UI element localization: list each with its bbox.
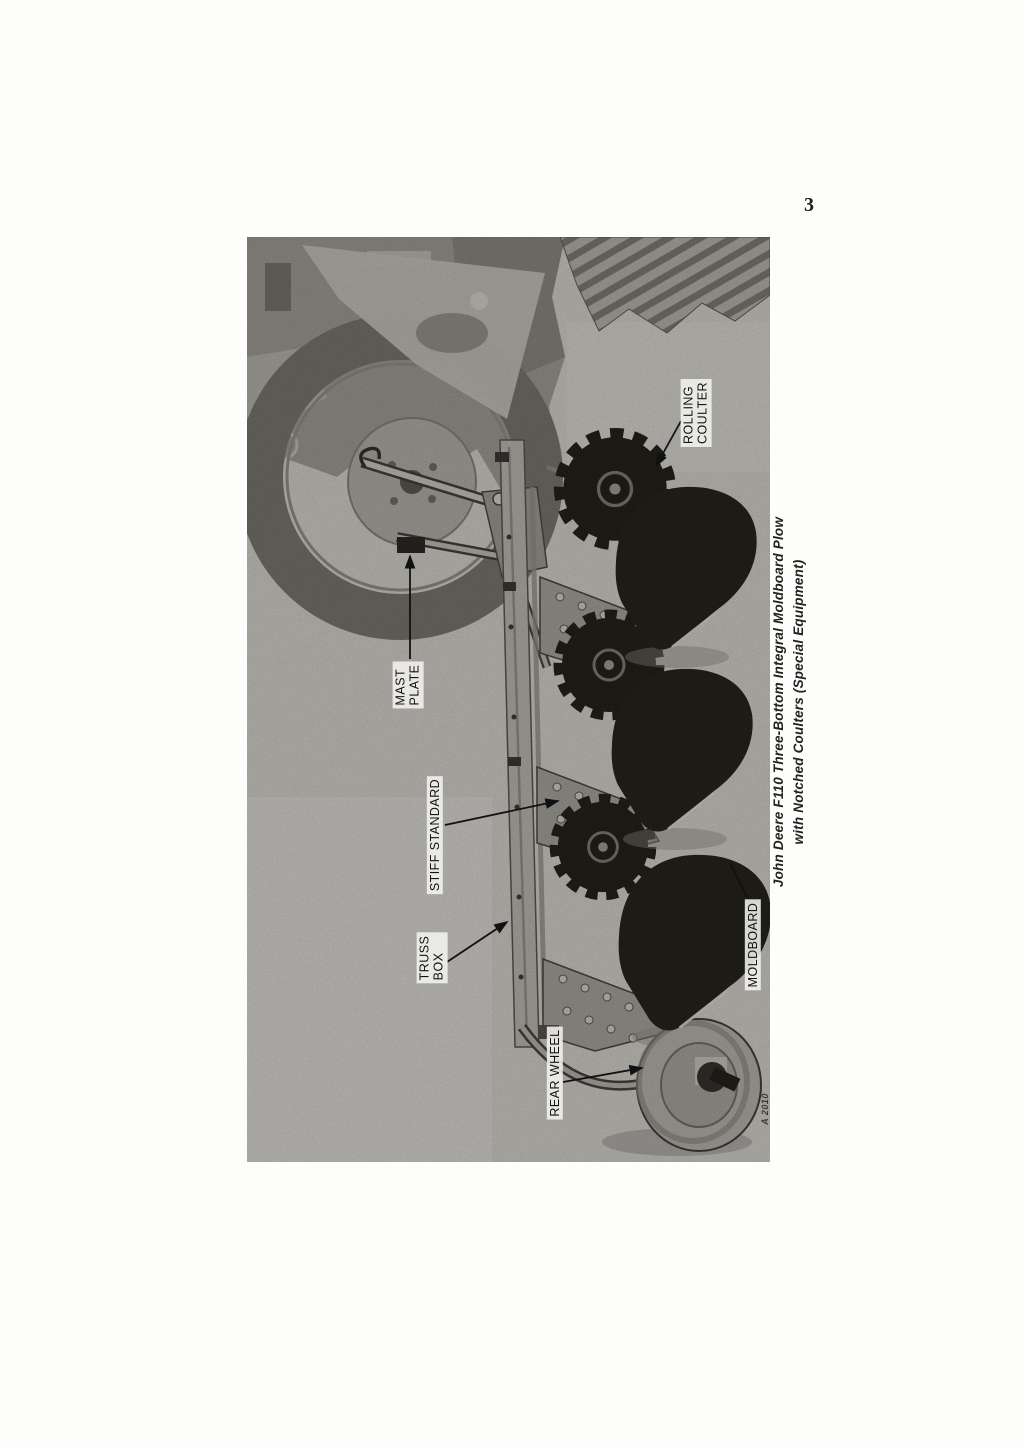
photo-credit: A 2010 bbox=[760, 1093, 770, 1125]
halftone-grain bbox=[247, 237, 770, 1162]
label-truss-box: TRUSS BOX bbox=[417, 933, 448, 984]
label-moldboard: MOLDBOARD bbox=[745, 900, 761, 991]
figure-caption-line2: with Notched Coulters (Special Equipment… bbox=[789, 502, 809, 902]
page-number: 3 bbox=[804, 194, 814, 217]
label-mast-plate: MAST PLATE bbox=[393, 662, 424, 709]
plow-photo-figure: ROLLING COULTER MAST PLATE STIFF STANDAR… bbox=[247, 237, 770, 1162]
plow-photo-artwork bbox=[247, 237, 770, 1162]
label-rear-wheel: REAR WHEEL bbox=[547, 1026, 563, 1119]
figure-caption-line1: John Deere F110 Three-Bottom Integral Mo… bbox=[769, 502, 789, 902]
label-stiff-standard: STIFF STANDARD bbox=[427, 776, 443, 894]
label-rolling-coulter: ROLLING COULTER bbox=[681, 379, 712, 447]
figure-caption: John Deere F110 Three-Bottom Integral Mo… bbox=[769, 502, 810, 902]
